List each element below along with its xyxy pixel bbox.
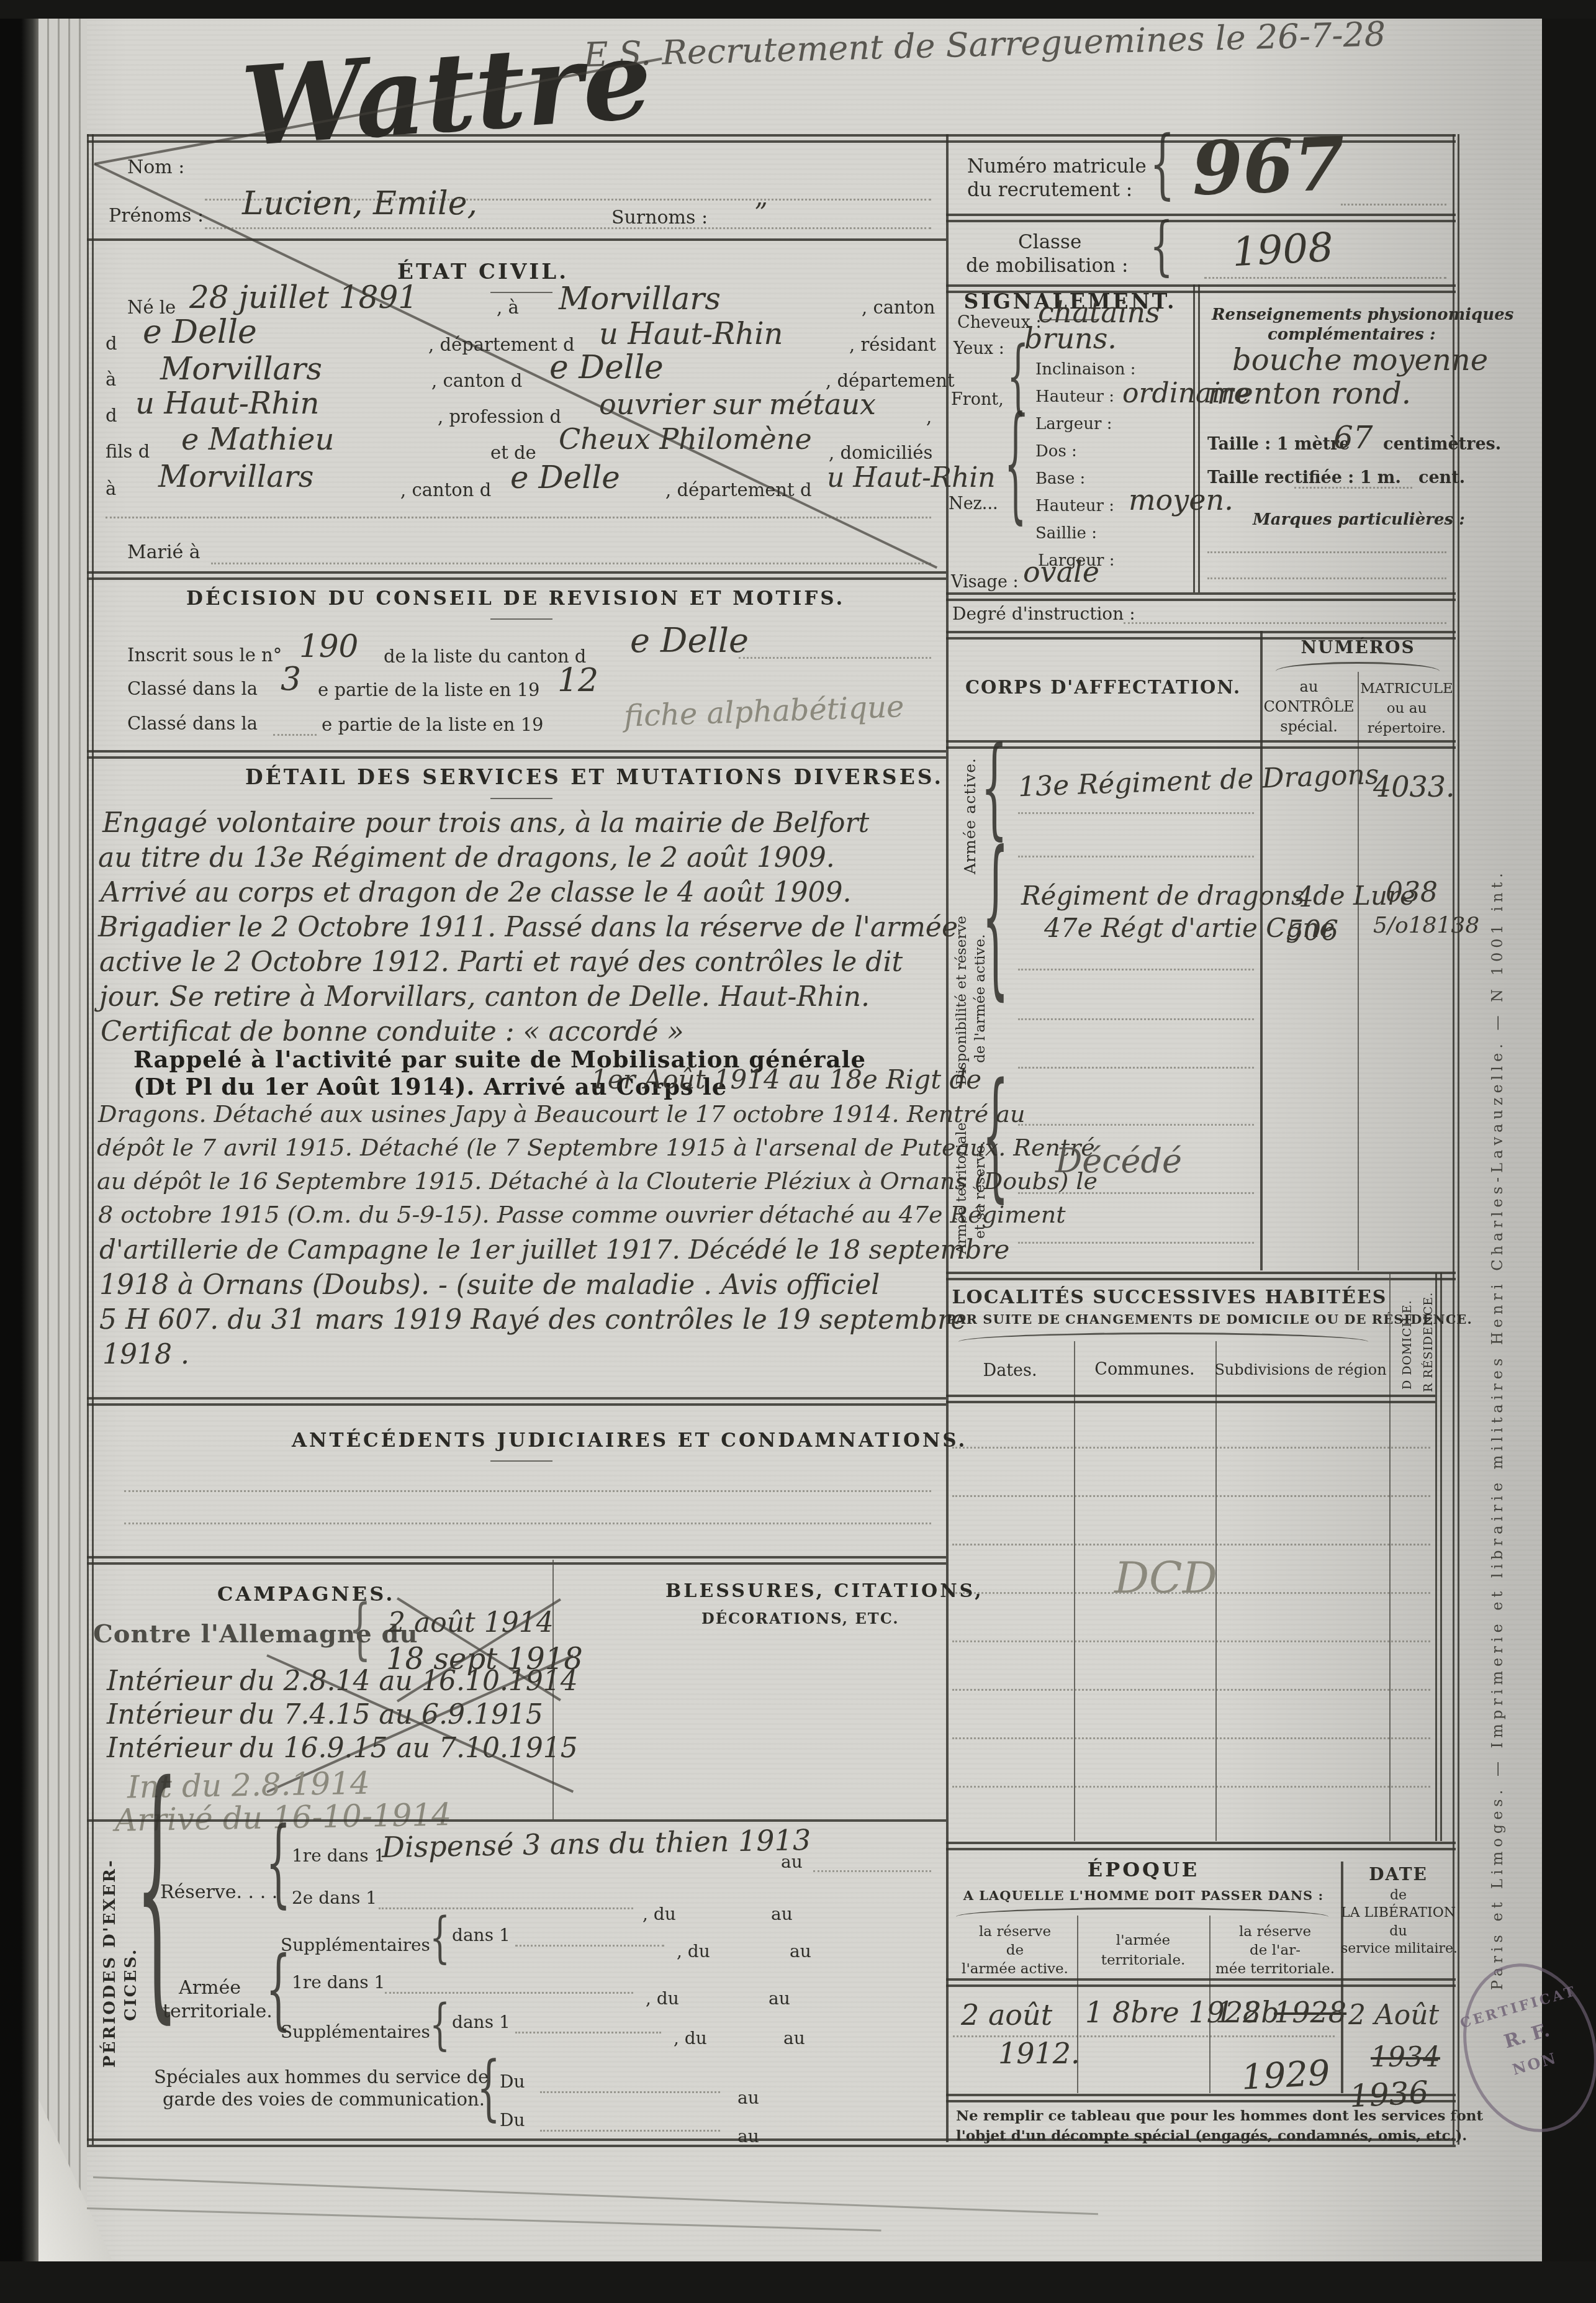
localites-row-dotted <box>952 1640 1430 1642</box>
campagnes-brace: { <box>349 1591 371 1668</box>
localites-col-1 <box>1074 1341 1075 1841</box>
epoque-col2-h: l'armée <box>1077 1932 1209 1948</box>
birthplace-value: Morvillars <box>559 281 721 317</box>
antecedents-dotted <box>124 1490 931 1492</box>
rens-label-2: complémentaires : <box>1268 325 1436 344</box>
matricule-label-line1: Numéro matricule <box>967 155 1147 178</box>
service-line: Arrivé au corps et dragon de 2e classe l… <box>101 877 851 908</box>
service-line: 1er Août 1914 au 18e Rigt de <box>591 1064 981 1095</box>
territoriale-label-1: Armée <box>179 1977 241 1999</box>
antecedents-dotted <box>124 1523 931 1524</box>
epoque-v3-new: 1929 <box>1240 2053 1331 2097</box>
au-label: au <box>737 2126 759 2147</box>
campagne-line: Intérieur du 2.8.14 au 16.10.1914 <box>107 1665 578 1697</box>
epoque-v1b: 1912. <box>998 2037 1080 2070</box>
services-underline <box>490 798 552 799</box>
antecedents-title: ANTÉCÉDENTS JUDICIAIRES ET CONDAMNATIONS… <box>292 1429 967 1452</box>
communes-header: Communes. <box>1074 1360 1215 1379</box>
periodes-dotted <box>385 1992 633 1994</box>
date-header: du <box>1341 1924 1456 1939</box>
suppl-brace: { <box>430 1907 450 1970</box>
date-header: DATE <box>1341 1864 1456 1884</box>
epoque-dotted <box>953 2035 1335 2037</box>
departement2-value: u Haut-Rhin <box>135 386 319 421</box>
domicile-header: D DOMICILE. <box>1400 1300 1414 1390</box>
au-label: au <box>781 1852 803 1872</box>
epoque-col2-h: territoriale. <box>1077 1952 1209 1968</box>
service-line: Certificat de bonne conduite : « accordé… <box>101 1016 684 1047</box>
localites-title: LOCALITÉS SUCCESSIVES HABITÉES <box>946 1287 1393 1308</box>
matricule-value: 967 <box>1191 120 1346 212</box>
residence-value: Morvillars <box>160 351 322 387</box>
corps-dotted <box>1018 969 1254 971</box>
visage-label: Visage : <box>951 572 1019 592</box>
epoque-note-2: l'objet d'un décompte spécial (engagés, … <box>956 2127 1467 2144</box>
armee-active-side-label: Armée active. <box>961 758 979 874</box>
liste-canton-value: e Delle <box>630 621 749 660</box>
suppl-brace-2: { <box>430 1994 450 2057</box>
localites-subtitle: PAR SUITE DE CHANGEMENTS DE DOMICILE OU … <box>946 1311 1393 1327</box>
periodes-dotted <box>540 2130 720 2132</box>
matr-header-3: répertoire. <box>1358 720 1456 736</box>
ctrl-header-2: CONTRÔLE <box>1260 698 1358 715</box>
au-label: au <box>737 2088 759 2108</box>
service-line: jour. Se retire à Morvillars, canton de … <box>99 981 870 1013</box>
nez-label: Nez... <box>949 494 998 514</box>
periodes-dotted <box>515 1945 664 1947</box>
corps-row1-matricule: 4033. <box>1373 770 1455 803</box>
dans1-label-2: dans 1 <box>452 2012 510 2032</box>
date-header: de <box>1341 1888 1456 1903</box>
au-label: au <box>783 2028 805 2048</box>
d-label: d <box>106 333 117 354</box>
profession-label: , profession d <box>438 406 561 427</box>
taille-label: Taille : 1 mètre <box>1207 435 1350 454</box>
page-edge-lines <box>38 17 87 2261</box>
matr-header-1: MATRICULE <box>1358 681 1456 697</box>
marques-dotted-1 <box>1207 551 1446 553</box>
classe2-suite-label: e partie de la liste en 19 <box>322 714 544 735</box>
epoque-col1-h: de <box>953 1942 1077 1958</box>
service-line: d'artillerie de Campagne le 1er juillet … <box>99 1234 1009 1265</box>
service-line: 5 H 607. du 31 mars 1919 Rayé des contrô… <box>99 1304 967 1336</box>
epoque-col3-h: de l'ar- <box>1209 1942 1341 1958</box>
nez-brace: { <box>1004 392 1027 538</box>
degre-dotted <box>1124 622 1446 624</box>
classe-value: 1908 <box>1231 225 1335 276</box>
scanned-military-register-page: E.S. Recrutement de Sarreguemines le 26-… <box>0 0 1596 2303</box>
header-bottom-rule <box>87 238 946 241</box>
corps-dotted <box>1018 1124 1254 1126</box>
speciales-label-2: garde des voies de communication. <box>163 2089 485 2110</box>
supplementaires-label-2: Supplémentaires <box>281 2022 430 2042</box>
prenoms-value: Lucien, Emile, <box>242 185 477 222</box>
antecedents-underline <box>490 1460 552 1462</box>
du-label: , du <box>677 1941 710 1961</box>
prenoms-dotted-line <box>205 227 931 229</box>
corps-dotted <box>1018 1067 1254 1069</box>
localites-header-rule <box>946 1395 1435 1403</box>
a3-label: à <box>106 478 116 499</box>
periodes-dotted <box>540 2091 720 2093</box>
d2-label: d <box>106 405 117 426</box>
dos-label: Dos : <box>1035 442 1077 461</box>
campagnes-bottom-rule <box>87 1819 946 1822</box>
domicilies-label: , domiciliés <box>829 442 932 463</box>
domicile-value: Morvillars <box>158 459 313 494</box>
reserve-brace: { <box>266 1809 291 1919</box>
localites-row-dotted <box>952 1495 1430 1497</box>
marques-dotted-2 <box>1207 577 1446 579</box>
etat-civil-title: ÉTAT CIVIL. <box>397 260 569 284</box>
epoque-v3-struck: 1928 <box>1274 1996 1346 2029</box>
classe-dotted <box>1204 277 1446 279</box>
localites-row-dotted <box>952 1786 1430 1788</box>
localites-row-dotted <box>952 1737 1430 1739</box>
au-label: au <box>771 1904 793 1924</box>
front-hauteur-label: Hauteur : <box>1035 387 1114 406</box>
reserve-1re-label: 1re dans 1 <box>292 1845 385 1866</box>
supplementaires-label: Supplémentaires <box>281 1935 430 1955</box>
taille-value: 67 <box>1333 420 1373 456</box>
a-label: , à <box>497 297 519 318</box>
nom-label: Nom : <box>127 156 184 178</box>
saillie-label: Saillie : <box>1035 524 1097 543</box>
mother-value: Cheux Philomène <box>559 422 812 456</box>
epoque-v4-struck: 1934 <box>1371 2042 1440 2073</box>
corps-dotted <box>1018 812 1254 814</box>
corps-bottom-rule <box>946 1272 1456 1280</box>
marie-label: Marié à <box>127 541 201 563</box>
matricule-classe-divider <box>946 214 1456 222</box>
speciales-label-1: Spéciales aux hommes du service de <box>154 2066 489 2088</box>
decision-title: DÉCISION DU CONSEIL DE REVISION ET MOTIF… <box>186 587 845 610</box>
dispo-brace: { <box>982 817 1009 1018</box>
classe-label-line1: Classe <box>1018 231 1081 253</box>
date-header: service militaire. <box>1341 1941 1456 1957</box>
marques-label: Marques particulières : <box>1253 510 1465 529</box>
service-line: 1918 à Ornans (Doubs). - (suite de malad… <box>99 1269 880 1301</box>
inclinaison-label: Inclinaison : <box>1035 360 1136 379</box>
blessures-title-2: DÉCORATIONS, ETC. <box>701 1609 899 1627</box>
classe-label-line2: de mobilisation : <box>966 255 1128 277</box>
corps-row3-ctrl: 506 <box>1286 915 1338 947</box>
du-label: , du <box>642 1904 676 1924</box>
terr-brace: { <box>982 1055 1009 1217</box>
surnoms-label: Surnoms : <box>611 207 708 228</box>
epoque-v4: 2 Août <box>1348 1999 1439 2031</box>
departement-value: u Haut-Rhin <box>599 317 783 351</box>
speciales-brace: { <box>477 2047 500 2130</box>
inscrit-numero-value: 190 <box>299 628 358 664</box>
signalement-bottom-rule <box>946 592 1456 601</box>
decision-dotted-1 <box>739 657 931 659</box>
campagne-date-debut: 2 août 1914 <box>388 1607 554 1639</box>
rens-value-1: bouche moyenne <box>1232 343 1488 378</box>
corps-dotted <box>1018 1242 1254 1244</box>
terr-side-label-1: Armée territoriale <box>954 1123 970 1254</box>
degre-label: Degré d'instruction : <box>952 604 1135 624</box>
service-line: active le 2 Octobre 1912. Parti et rayé … <box>99 946 903 978</box>
ctrl-header-3: spécial. <box>1260 718 1358 735</box>
territoriale-label-2: territoriale. <box>163 2001 273 2022</box>
terr-decede-value: Décédé <box>1055 1141 1182 1180</box>
canton-label: , canton <box>862 297 935 318</box>
signalement-divider <box>1193 284 1200 592</box>
decision-bottom-rule <box>87 750 946 759</box>
service-line: au dépôt le 16 Septembre 1915. Détaché à… <box>97 1167 1098 1195</box>
service-line: Engagé volontaire pour trois ans, à la m… <box>102 807 869 839</box>
scan-bottom-edge <box>0 2261 1596 2303</box>
service-line: 8 octobre 1915 (O.m. du 5-9-15). Passe c… <box>98 1201 1065 1228</box>
classe2-label: Classé dans la <box>127 713 258 734</box>
au-label: au <box>769 1988 790 2009</box>
nez-hauteur-label: Hauteur : <box>1035 497 1114 515</box>
etat-civil-underline <box>490 292 552 293</box>
rens-label-1: Renseignements physionomiques <box>1212 305 1513 324</box>
epoque-header-rule <box>946 1978 1456 1987</box>
dans1-label: dans 1 <box>452 1925 510 1945</box>
prenoms-label: Prénoms : <box>109 205 204 227</box>
canton2-label: , canton d <box>431 370 522 391</box>
fils-label: fils d <box>106 441 150 462</box>
corps-header: CORPS D'AFFECTATION. <box>946 677 1260 698</box>
epoque-title: ÉPOQUE <box>946 1858 1341 1881</box>
classe2-blank <box>273 734 317 736</box>
territoriale-1re-label: 1re dans 1 <box>292 1972 385 1993</box>
corps-row2-ctrl: 4 <box>1296 882 1314 913</box>
front-label: Front, <box>951 390 1004 409</box>
du-cap-label: Du <box>500 2071 525 2092</box>
epoque-note-1: Ne remplir ce tableau que pour les homme… <box>956 2107 1483 2124</box>
periodes-dotted <box>379 1907 633 1909</box>
dispo-side-label-1: Disponibilité et réserve <box>954 916 970 1085</box>
corps-dotted <box>1018 1018 1254 1020</box>
a2-label: à <box>106 369 116 390</box>
localites-row-dotted <box>952 1689 1430 1691</box>
service-line: Dragons. Détaché aux usines Japy à Beauc… <box>98 1100 1025 1128</box>
surnoms-value: ” <box>754 197 767 228</box>
services-title: DÉTAIL DES SERVICES ET MUTATIONS DIVERSE… <box>245 765 944 789</box>
numeros-header: NUMÉROS <box>1260 637 1456 658</box>
liste-canton-label: de la liste du canton d <box>384 646 586 667</box>
corps-dotted <box>1018 856 1254 857</box>
yeux-label: Yeux : <box>954 339 1004 358</box>
canton3-value: e Delle <box>510 459 620 495</box>
inscrit-label: Inscrit sous le n° <box>127 645 282 666</box>
corps-row2-matricule: 038 <box>1386 877 1438 908</box>
ctrl-header-1: au <box>1260 678 1358 695</box>
base-label: Base : <box>1035 469 1085 488</box>
blessures-title-1: BLESSURES, CITATIONS, <box>665 1580 984 1602</box>
classe1-suite-label: e partie de la liste en 19 <box>318 679 540 700</box>
campagne-line: Intérieur du 7.4.15 au 6.9.1915 <box>107 1699 543 1731</box>
reserve-label: Réserve. . . . <box>160 1881 277 1903</box>
service-line: 1918 . <box>102 1339 189 1370</box>
matricule-dotted <box>1341 204 1446 206</box>
canton3-label: , canton d <box>400 479 491 500</box>
decision-underline <box>490 618 552 620</box>
epoque-col1-h: la réserve <box>953 1924 1077 1940</box>
periodes-side-label-1: PÉRIODES D'EXER- <box>101 1858 119 2068</box>
service-line: dépôt le 7 avril 1915. Détaché (le 7 Sep… <box>97 1134 1095 1161</box>
matricule-label-line2: du recrutement : <box>967 179 1132 201</box>
classe1-label: Classé dans la <box>127 678 258 699</box>
epoque-col3-h: mée territoriale. <box>1209 1961 1341 1977</box>
taille-rect-dotted <box>1294 487 1412 489</box>
birthdate-value: 28 juillet 1891 <box>189 279 418 315</box>
matr-header-2: ou au <box>1358 700 1456 717</box>
corps-header-rule <box>946 740 1456 749</box>
comma: , <box>926 406 932 427</box>
canton-value: e Delle <box>143 314 257 351</box>
residence-header: R RÉSIDENCE. <box>1422 1292 1435 1392</box>
localites-bottom-rule <box>946 1842 1456 1850</box>
du-label: , du <box>646 1988 679 2009</box>
corps-row2-value: Régiment de dragons de Lure <box>1021 880 1415 911</box>
publisher-imprint: Paris et Limoges. — Imprimerie et librai… <box>1489 869 1506 1990</box>
epoque-col1-h: l'armée active. <box>953 1961 1077 1977</box>
dates-header: Dates. <box>946 1361 1074 1380</box>
periodes-dotted <box>813 1870 931 1872</box>
classe1-partie-value: 3 <box>281 661 301 698</box>
periodes-dotted <box>515 2032 661 2034</box>
classe-brace: { <box>1150 210 1173 284</box>
dcd-pencil-note: DCD <box>1114 1552 1217 1603</box>
departement3-value: u Haut-Rhin <box>827 462 996 494</box>
visage-value: ovale <box>1023 555 1099 589</box>
blank-dotted <box>106 517 931 518</box>
service-line: au titre du 13e Régiment de dragons, le … <box>98 842 835 874</box>
localites-row-dotted <box>952 1544 1430 1545</box>
services-bottom-rule <box>87 1397 946 1406</box>
marie-dotted <box>211 563 931 564</box>
rens-value-2: menton rond. <box>1207 376 1411 411</box>
epoque-v3a: 1 8b <box>1215 1996 1279 2029</box>
du-cap-label-2: Du <box>500 2110 525 2130</box>
date-header: LA LIBÉRATION <box>1341 1905 1456 1921</box>
localites-row-dotted <box>952 1447 1430 1449</box>
form-border-left <box>87 134 94 2145</box>
du-label: , du <box>674 2028 707 2048</box>
canton2-value: e Delle <box>549 349 664 386</box>
front-largeur-label: Largeur : <box>1035 415 1112 433</box>
etat-civil-bottom-rule <box>87 571 946 580</box>
au-label: au <box>790 1941 811 1961</box>
service-line: Brigadier le 2 Octobre 1911. Passé dans … <box>98 912 958 943</box>
corps-dotted <box>1018 1192 1254 1194</box>
father-value: e Mathieu <box>181 422 334 457</box>
antecedents-bottom-rule <box>87 1556 946 1565</box>
book-spine <box>0 0 38 2303</box>
epoque-v1a: 2 août <box>961 1998 1052 2032</box>
epoque-bottom-rule <box>946 2094 1456 2102</box>
subdivisions-header: Subdivisions de région <box>1212 1361 1389 1378</box>
corps-row3-matricule: 5/o18138 <box>1373 913 1479 938</box>
epoque-subtitle: A LAQUELLE L'HOMME DOIT PASSER DANS : <box>946 1888 1341 1903</box>
profession-value: ouvrier sur métaux <box>599 387 876 421</box>
localites-right-border <box>1435 1273 1442 1841</box>
departement3-label: , département d <box>665 479 811 500</box>
matricule-brace: { <box>1150 121 1175 209</box>
reserve-2e-label: 2e dans 1 <box>292 1888 377 1908</box>
taille-rect-label: Taille rectifiée : 1 m. <box>1207 468 1401 487</box>
yeux-value: bruns. <box>1024 322 1117 355</box>
epoque-col3-h: la réserve <box>1209 1924 1341 1940</box>
classe1-annee-value: 12 <box>557 662 598 699</box>
localites-col-3 <box>1389 1273 1391 1841</box>
taille-unit-label: centimètres. <box>1383 435 1501 454</box>
nez-value: moyen. <box>1129 483 1233 517</box>
residant-label: , résidant <box>849 334 936 355</box>
taille-rect-unit: cent. <box>1418 468 1465 487</box>
